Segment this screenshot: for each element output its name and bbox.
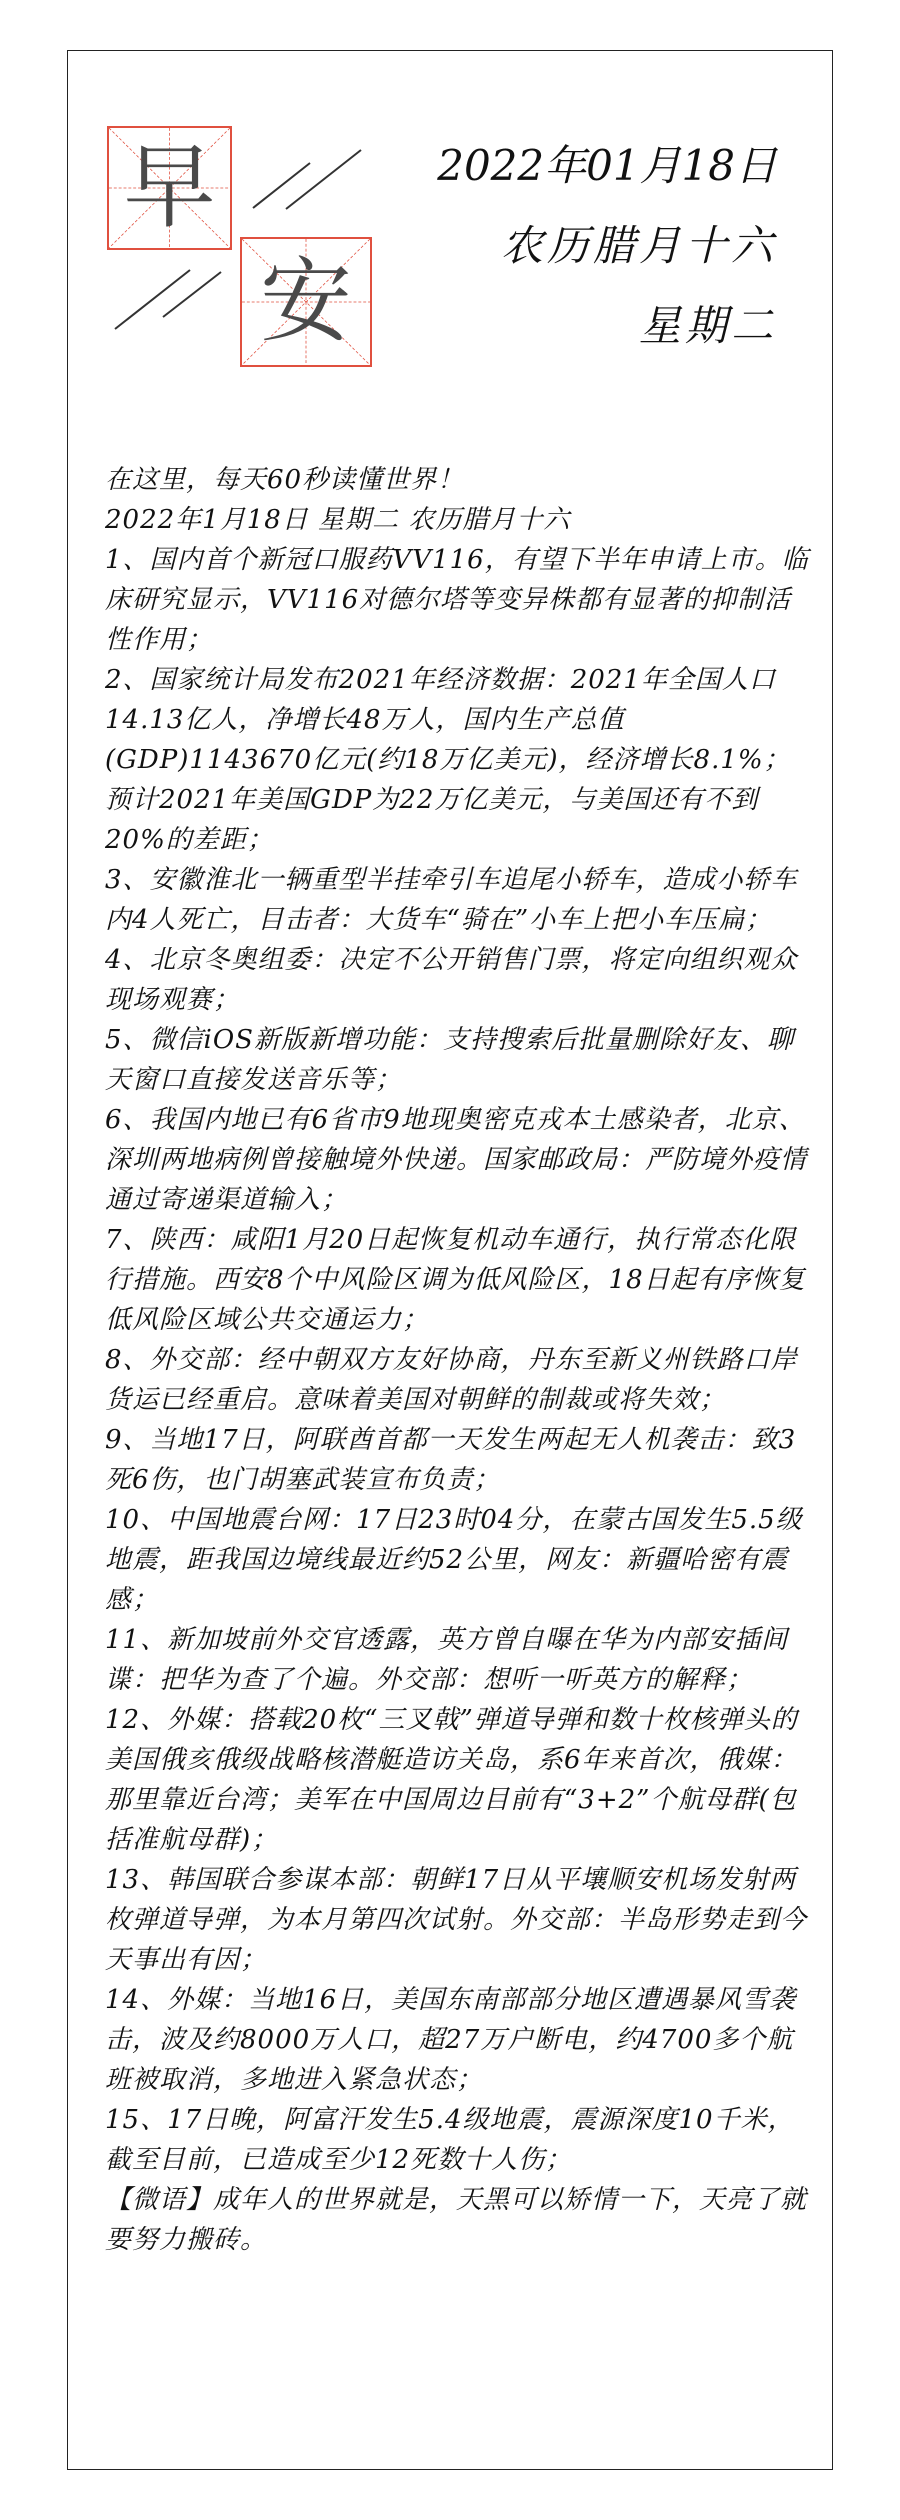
news-item-2: 2、国家统计局发布2021年经济数据：2021年全国人口14.13亿人，净增长4… <box>105 660 810 860</box>
news-item-8: 8、外交部：经中朝双方友好协商，丹东至新义州铁路口岸货运已经重启。意味着美国对朝… <box>105 1340 810 1420</box>
badge-zao: 早 <box>107 126 232 250</box>
intro-line: 在这里，每天60秒读懂世界！ <box>105 460 810 500</box>
news-item-4: 4、北京冬奥组委：决定不公开销售门票，将定向组织观众现场观赛； <box>105 940 810 1020</box>
news-item-6: 6、我国内地已有6省市9地现奥密克戎本土感染者，北京、深圳两地病例曾接触境外快递… <box>105 1100 810 1220</box>
news-item-7: 7、陕西：咸阳1月20日起恢复机动车通行，执行常态化限行措施。西安8个中风险区调… <box>105 1220 810 1340</box>
badge-char-an: 安 <box>242 239 370 365</box>
news-item-15: 15、17日晚，阿富汗发生5.4级地震，震源深度10千米，截至目前，已造成至少1… <box>105 2100 810 2180</box>
lunar-date-line: 农历腊月十六 <box>437 218 777 298</box>
date-block: 2022年01月18日 农历腊月十六 星期二 <box>437 138 777 378</box>
badge-char-zao: 早 <box>109 128 230 248</box>
weekday-line: 星期二 <box>437 298 777 378</box>
news-item-3: 3、安徽淮北一辆重型半挂牵引车追尾小轿车，造成小轿车内4人死亡，目击者：大货车“… <box>105 860 810 940</box>
date-subline: 2022年1月18日 星期二 农历腊月十六 <box>105 500 810 540</box>
date-line: 2022年01月18日 <box>437 138 777 218</box>
badge-an: 安 <box>240 237 372 367</box>
quote: 【微语】成年人的世界就是，天黑可以矫情一下，天亮了就要努力搬砖。 <box>105 2180 810 2260</box>
news-content: 在这里，每天60秒读懂世界！ 2022年1月18日 星期二 农历腊月十六 1、国… <box>105 460 810 2260</box>
news-item-12: 12、外媒：搭载20枚“三叉戟”弹道导弹和数十枚核弹头的美国俄亥俄级战略核潜艇造… <box>105 1700 810 1860</box>
news-item-5: 5、微信iOS新版新增功能：支持搜索后批量删除好友、聊天窗口直接发送音乐等； <box>105 1020 810 1100</box>
news-item-13: 13、韩国联合参谋本部：朝鲜17日从平壤顺安机场发射两枚弹道导弹，为本月第四次试… <box>105 1860 810 1980</box>
news-item-10: 10、中国地震台网：17日23时04分，在蒙古国发生5.5级地震，距我国边境线最… <box>105 1500 810 1620</box>
news-item-1: 1、国内首个新冠口服药VV116，有望下半年申请上市。临床研究显示，VV116对… <box>105 540 810 660</box>
quote-label: 【微语】 <box>105 2185 213 2215</box>
news-item-14: 14、外媒：当地16日，美国东南部部分地区遭遇暴风雪袭击，波及约8000万人口，… <box>105 1980 810 2100</box>
news-item-9: 9、当地17日，阿联酋首都一天发生两起无人机袭击：致3死6伤，也门胡塞武装宣布负… <box>105 1420 810 1500</box>
news-item-11: 11、新加坡前外交官透露，英方曾自曝在华为内部安插间谍：把华为查了个遍。外交部：… <box>105 1620 810 1700</box>
